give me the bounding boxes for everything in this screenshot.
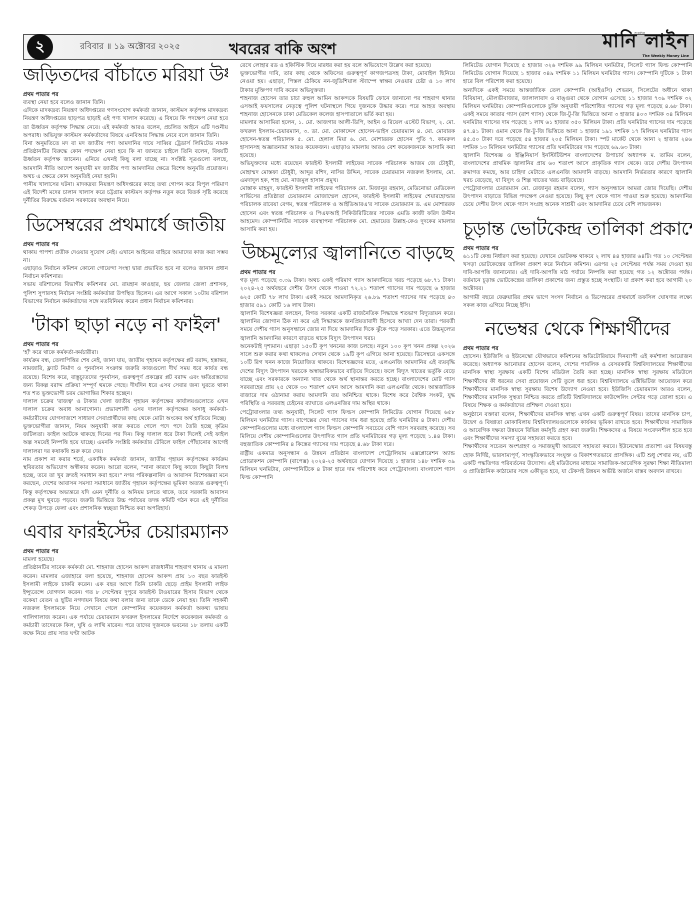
paragraph: মামলার আসামিরা হলেন, ১. মো. আজগার আলী-ডি…: [240, 119, 455, 160]
paragraph: অনেকটাই দৃশ্যমান। এছাড়া ১৫০টি কূপ খননের…: [240, 343, 455, 409]
paragraph: হোসেন। ইউজিসি ও ইউনেস্কো যৌথভাবে কমিশনের…: [463, 353, 692, 410]
paragraph: শাহনাজ হোসেন তার চাচা রুহুল আমিন আকন্দকে…: [240, 95, 455, 120]
paragraph: বিনা অনুমতিতে মদ বা মদ জাতীয় পণ্য আমদান…: [23, 140, 228, 181]
story-fareast-chairman: এবার ফারইস্টের চেয়ারম্যানসহ প্রথম পাতার…: [23, 519, 228, 638]
continued-label: প্রথম পাতার পর: [23, 341, 228, 349]
headline: নভেম্বর থেকে শিক্ষার্থীদের: [463, 316, 692, 342]
paragraph: গড় মূল্য পড়েছে ৩.৩৯ টাকা। অথচ একই পরিম…: [240, 277, 455, 310]
paragraph: পেট্রোবাংলার চেয়ারম্যান মো. রেজানুর রহম…: [463, 185, 692, 210]
paragraph: প্রতিষ্ঠানটির সাবেক কর্মকর্তা মো. শাহনাজ…: [23, 564, 228, 638]
paragraph: সভায় বরিশালের বিভাগীয় কমিশনার মো. রায়…: [23, 281, 228, 306]
paragraph: ভুক্তভোগীরা জানান, নিয়ম অনুযায়ী কাজ কর…: [23, 423, 228, 456]
continued-label: প্রথম পাতার পর: [240, 269, 455, 277]
paragraph: মোস্তাক মাহমুদ, ফারইস্ট ইসলামী লাইফের পর…: [240, 185, 455, 234]
paragraph: রেখে লোহার রড ও হকিস্টিক দিয়ে মারধর করা…: [240, 62, 455, 70]
masthead-logo: সাপ্তাহিক মানি লাইন The Weekly Money Lin…: [603, 29, 689, 53]
section-title: খবরের বাকি অংশ: [229, 38, 336, 63]
headline: উচ্চমূল্যের জ্বালানিতে বাড়ছে: [240, 240, 455, 266]
page-number-badge: ২: [27, 34, 53, 60]
paragraph: রাষ্ট্রীয় একমাত্র অনুসন্ধান ও উন্নয়ন প…: [240, 450, 455, 483]
paragraph: থাকায় পাপশ্য প্রতীক দেওয়ার সুযোগ নেই। …: [23, 249, 228, 265]
paragraph: অনুষ্ঠানে বক্তারা বলেন, শিক্ষার্থীদের মা…: [463, 411, 692, 444]
paragraph: মামলা হয়েছে।: [23, 556, 228, 564]
paragraph: জ্বালানি বিশেষজ্ঞরা বলছেন, বিগত সরকার এক…: [240, 310, 455, 343]
paragraph: পেট্রোবাংলার তথ্য অনুযায়ী, সিলেট গ্যাস …: [240, 409, 455, 450]
paragraph: পানীয় খালাসের ঘটনা। মাদকদ্রব্য নিয়ন্ত্…: [23, 181, 228, 206]
continued-label: প্রথম পাতার পর: [23, 548, 228, 556]
paragraph: নাম প্রকাশ না করার শর্তে, একাধিক কর্মকর্…: [23, 456, 228, 513]
paragraph: দালাল চক্রের 'রাজত্ব' ও টাকার খেলা জাতীয…: [23, 398, 228, 423]
headline: 'টাকা ছাড়া নড়ে না ফাইল': [23, 312, 228, 338]
continued-label: প্রথম পাতার পর: [463, 245, 692, 253]
story-fareast-continued: রেখে লোহার রড ও হকিস্টিক দিয়ে মারধর করা…: [240, 62, 455, 234]
headline: এবার ফারইস্টের চেয়ারম্যানসহ: [23, 519, 228, 545]
continued-label: প্রথম পাতার পর: [23, 91, 228, 99]
paragraph: শিক্ষার্থীদের সচেতন অংশগ্রহণ ও সমাজমুখী …: [463, 443, 692, 476]
headline: ডিসেম্বরের প্রথমার্ধে জাতীয়: [23, 212, 228, 238]
column-1: জড়িতদের বাঁচাতে মরিয়া উর্ধ্বতন প্রথম প…: [23, 62, 228, 910]
paragraph: ৬১১টি কেন্দ্র নির্ধারণ করা হয়েছে। যেখান…: [463, 253, 692, 294]
paragraph: অন্যদিকে একই সময়ে আন্তর্জাতিক তেল কোম্প…: [463, 87, 692, 153]
logo-tagline: The Weekly Money Line: [642, 54, 689, 58]
story-fuel-continued: লিমিটেড যোগান দিয়েছে ৫ হাজার ৩২৬ দশমিক …: [463, 62, 692, 210]
story-expensive-fuel: উচ্চমূল্যের জ্বালানিতে বাড়ছে প্রথম পাতা…: [240, 240, 455, 482]
logo-small-label: সাপ্তাহিক: [634, 31, 645, 37]
paragraph: এছাড়াও নির্বাচন কমিশন কোনো গোয়েন্দা সং…: [23, 265, 228, 281]
story-file-without-money: 'টাকা ছাড়া নড়ে না ফাইল' প্রথম পাতার পর…: [23, 312, 228, 513]
issue-date: রবিবার ॥ ১৯ অক্টোবর ২০২৫: [80, 40, 180, 54]
story-polling-centers: চূড়ান্ত ভোটকেন্দ্র তালিকা প্রকাশে প্রথম…: [463, 216, 692, 310]
paragraph: অভিযুক্তদের মধ্যে রয়েছেন ফারইস্ট ইসলামী…: [240, 160, 455, 185]
headline: চূড়ান্ত ভোটকেন্দ্র তালিকা প্রকাশে: [463, 216, 692, 242]
paragraph: 'হাঁ' করে থাকে কর্মকর্তা-কর্মচারীরা।: [23, 349, 228, 357]
paragraph: আগামী বছরে ফেব্রুয়ারির প্রথম ভাগে সংসদ …: [463, 294, 692, 310]
paragraph: কার্যক্রম বন্ধ, তেলাপিত্তির শেষ নেই, জান…: [23, 357, 228, 398]
continued-label: প্রথম পাতার পর: [23, 241, 228, 249]
column-2: রেখে লোহার রড ও হকিস্টিক দিয়ে মারধর করা…: [240, 62, 455, 910]
continued-label: প্রথম পাতার পর: [463, 345, 692, 353]
logo-title: মানি লাইন: [603, 29, 689, 53]
paragraph: লিমিটেড যোগান দিয়েছে ৫ হাজার ৩২৬ দশমিক …: [463, 62, 692, 87]
story-december-national: ডিসেম্বরের প্রথমার্ধে জাতীয় প্রথম পাতার…: [23, 212, 228, 306]
story-students-november: নভেম্বর থেকে শিক্ষার্থীদের প্রথম পাতার প…: [463, 316, 692, 476]
paragraph: এদিকে মাদকদ্রব্য নিয়ন্ত্রণ অধিদপ্তরের গ…: [23, 107, 228, 140]
column-3: লিমিটেড যোগান দিয়েছে ৫ হাজার ৩২৬ দশমিক …: [463, 62, 692, 910]
story-senior-officials: জড়িতদের বাঁচাতে মরিয়া উর্ধ্বতন প্রথম প…: [23, 62, 228, 206]
headline: জড়িতদের বাঁচাতে মরিয়া উর্ধ্বতন: [23, 62, 228, 88]
page-header: ২ রবিবার ॥ ১৯ অক্টোবর ২০২৫ খবরের বাকি অং…: [23, 34, 694, 60]
paragraph: জ্বালানি বিশেষজ্ঞ ও ইঞ্জিনিয়ার্স ইনস্টি…: [463, 152, 692, 185]
paragraph: ব্যবস্থা নেয়া হবে বলেও জানান তিনি।: [23, 99, 228, 107]
paragraph: ভুক্তভোগীর দাবি, তার কাছ থেকে অফিসের গুর…: [240, 70, 455, 95]
